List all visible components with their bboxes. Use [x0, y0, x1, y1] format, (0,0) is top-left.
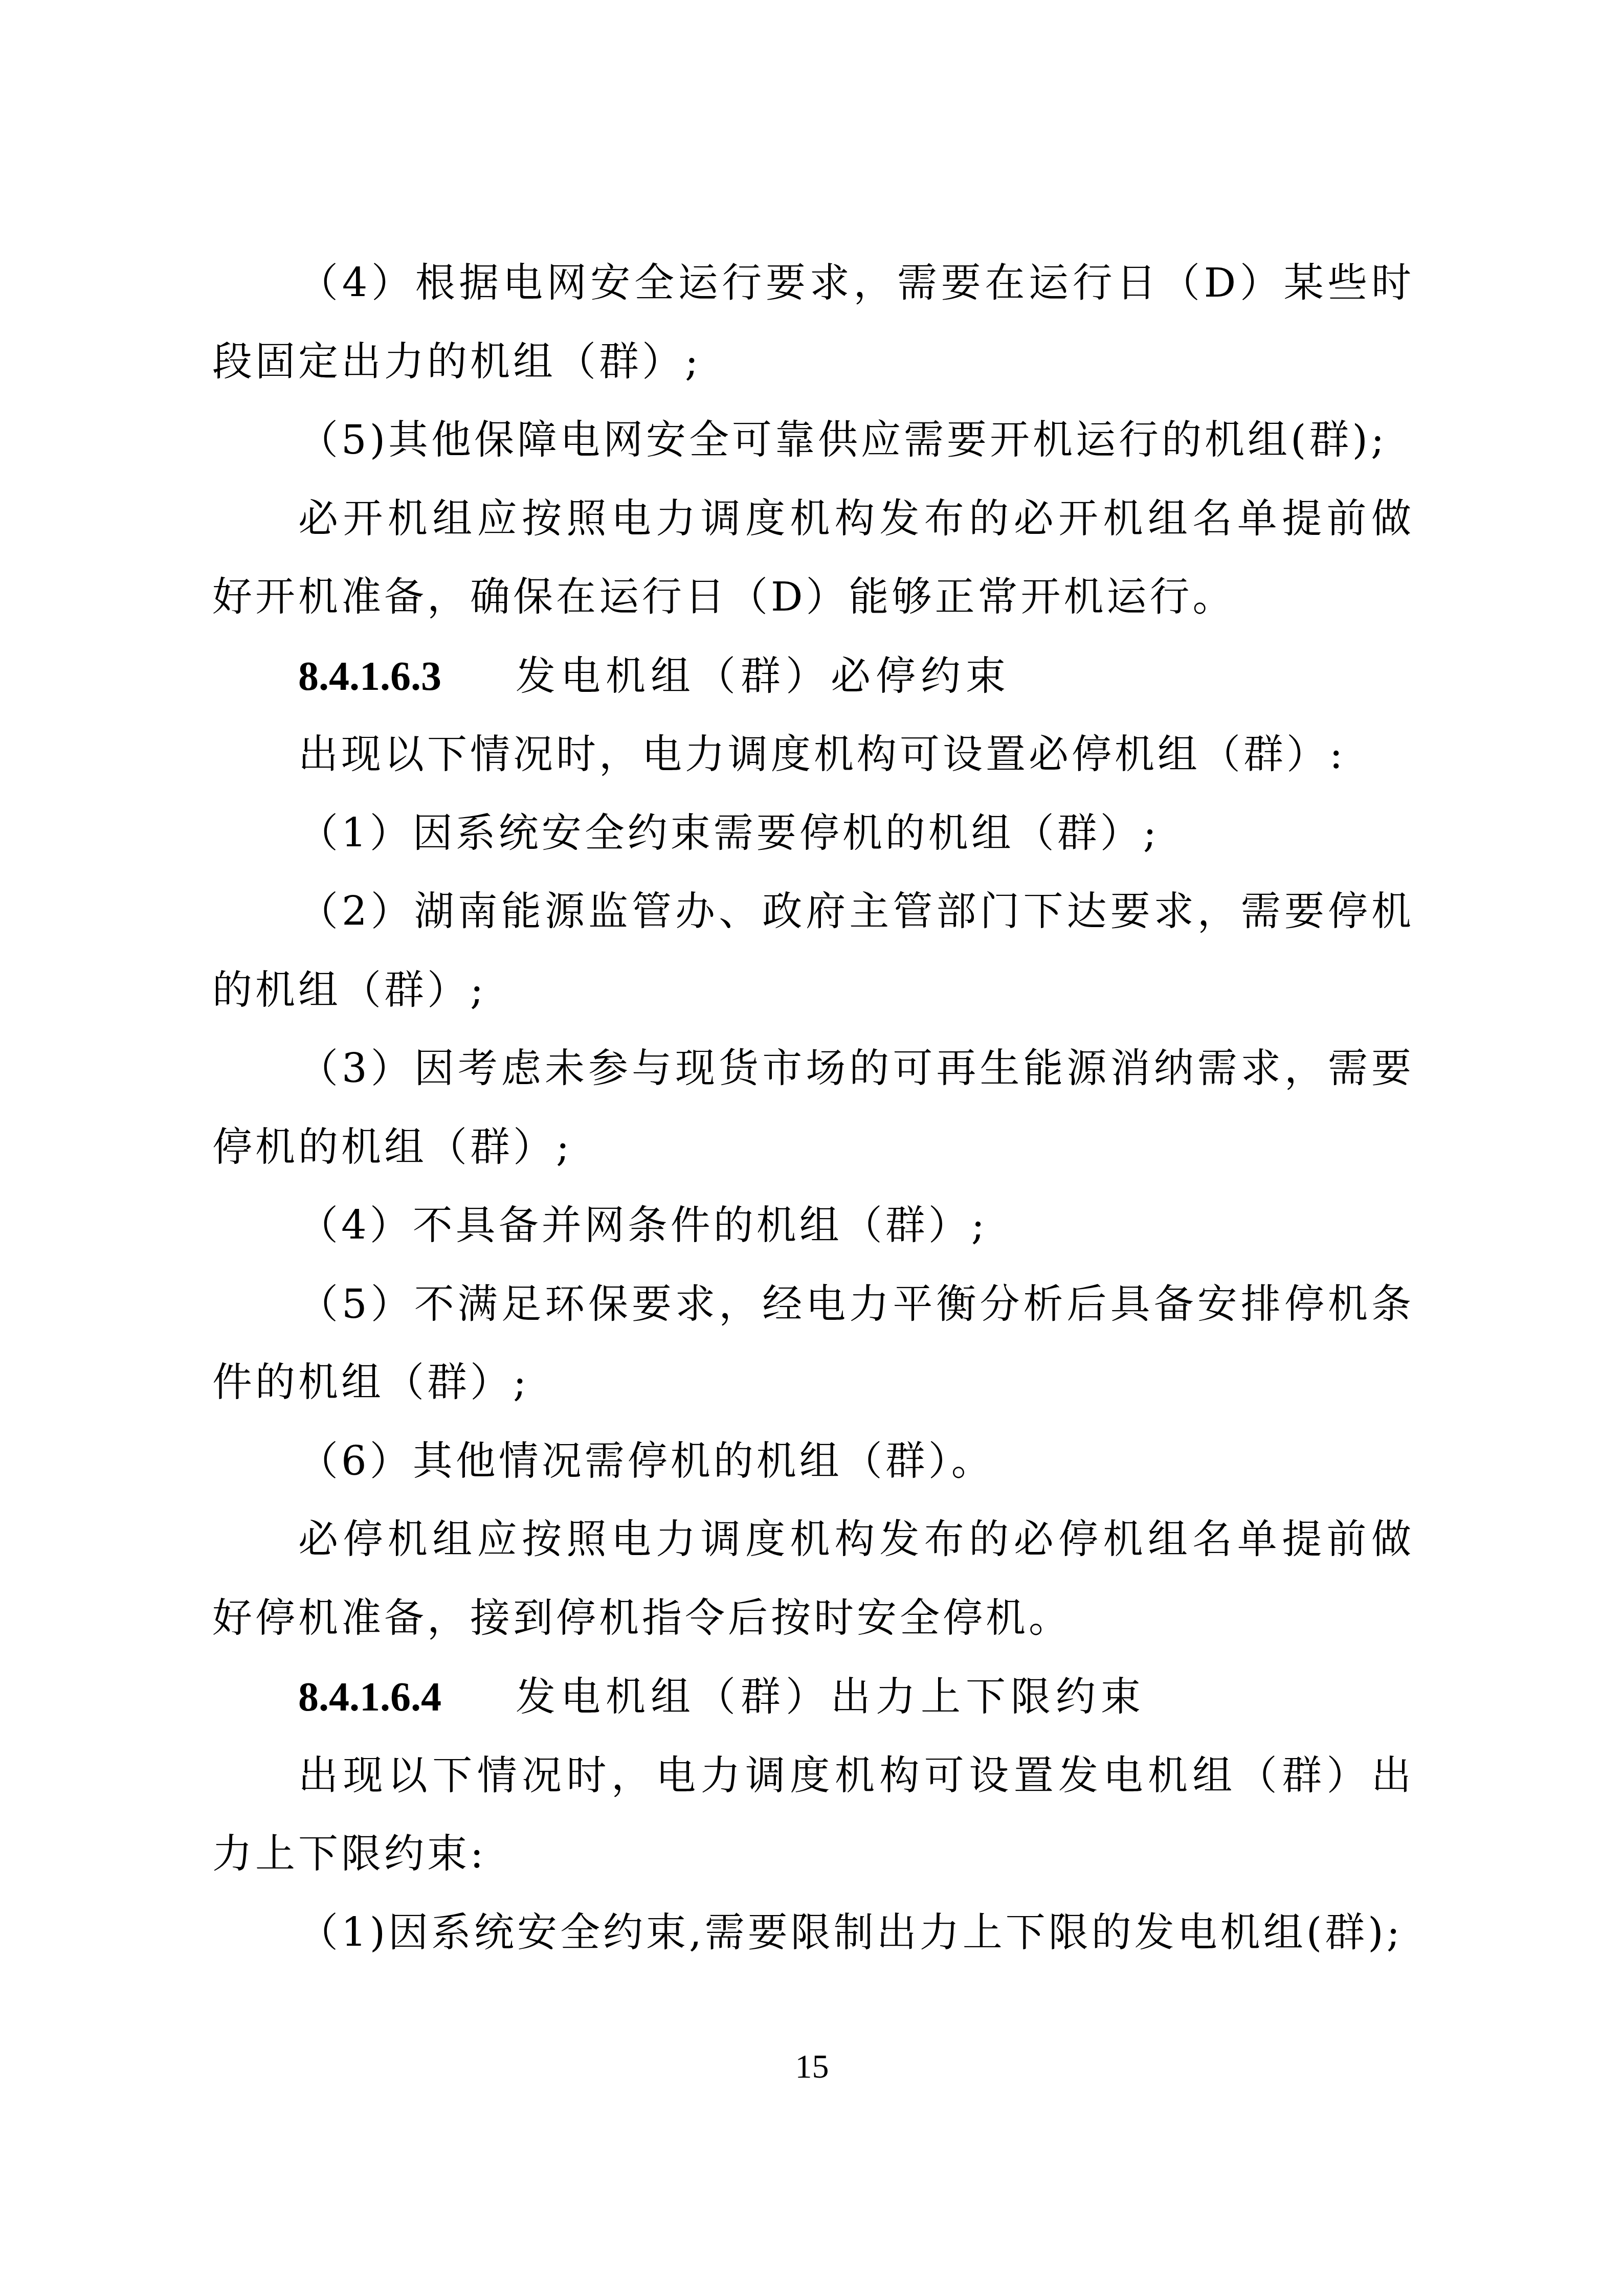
paragraph-must-run-note: 必开机组应按照电力调度机构发布的必开机组名单提前做好开机准备，确保在运行日（D）…: [212, 480, 1414, 637]
paragraph-must-stop-note: 必停机组应按照电力调度机构发布的必停机组名单提前做好停机准备，接到停机指令后按时…: [212, 1501, 1414, 1658]
section-title: 发电机组（群）出力上下限约束: [516, 1674, 1146, 1720]
list-item-must-stop-1: （1）因系统安全约束需要停机的机组（群）;: [212, 795, 1414, 873]
section-number: 8.4.1.6.3: [298, 638, 516, 716]
paragraph-output-limit-intro: 出现以下情况时，电力调度机构可设置发电机组（群）出力上下限约束:: [212, 1737, 1414, 1894]
page-number: 15: [0, 2046, 1624, 2087]
section-heading-8-4-1-6-3: 8.4.1.6.3发电机组（群）必停约束: [212, 637, 1414, 716]
document-page: （4）根据电网安全运行要求，需要在运行日（D）某些时段固定出力的机组（群）; （…: [0, 0, 1624, 2296]
document-body: （4）根据电网安全运行要求，需要在运行日（D）某些时段固定出力的机组（群）; （…: [212, 244, 1414, 1972]
section-heading-8-4-1-6-4: 8.4.1.6.4发电机组（群）出力上下限约束: [212, 1658, 1414, 1737]
list-item-must-stop-3: （3）因考虑未参与现货市场的可再生能源消纳需求，需要停机的机组（群）;: [212, 1030, 1414, 1187]
section-number: 8.4.1.6.4: [298, 1658, 516, 1737]
list-item-must-stop-5: （5）不满足环保要求，经电力平衡分析后具备安排停机条件的机组（群）;: [212, 1266, 1414, 1423]
list-item-must-run-4: （4）根据电网安全运行要求，需要在运行日（D）某些时段固定出力的机组（群）;: [212, 244, 1414, 401]
section-title: 发电机组（群）必停约束: [516, 654, 1011, 700]
list-item-must-stop-4: （4）不具备并网条件的机组（群）;: [212, 1187, 1414, 1266]
paragraph-must-stop-intro: 出现以下情况时，电力调度机构可设置必停机组（群）:: [212, 716, 1414, 795]
list-item-output-limit-1: （1)因系统安全约束,需要限制出力上下限的发电机组(群);: [212, 1894, 1414, 1973]
list-item-must-stop-2: （2）湖南能源监管办、政府主管部门下达要求，需要停机的机组（群）;: [212, 873, 1414, 1030]
list-item-must-stop-6: （6）其他情况需停机的机组（群）。: [212, 1423, 1414, 1501]
list-item-must-run-5: （5)其他保障电网安全可靠供应需要开机运行的机组(群);: [212, 401, 1414, 480]
